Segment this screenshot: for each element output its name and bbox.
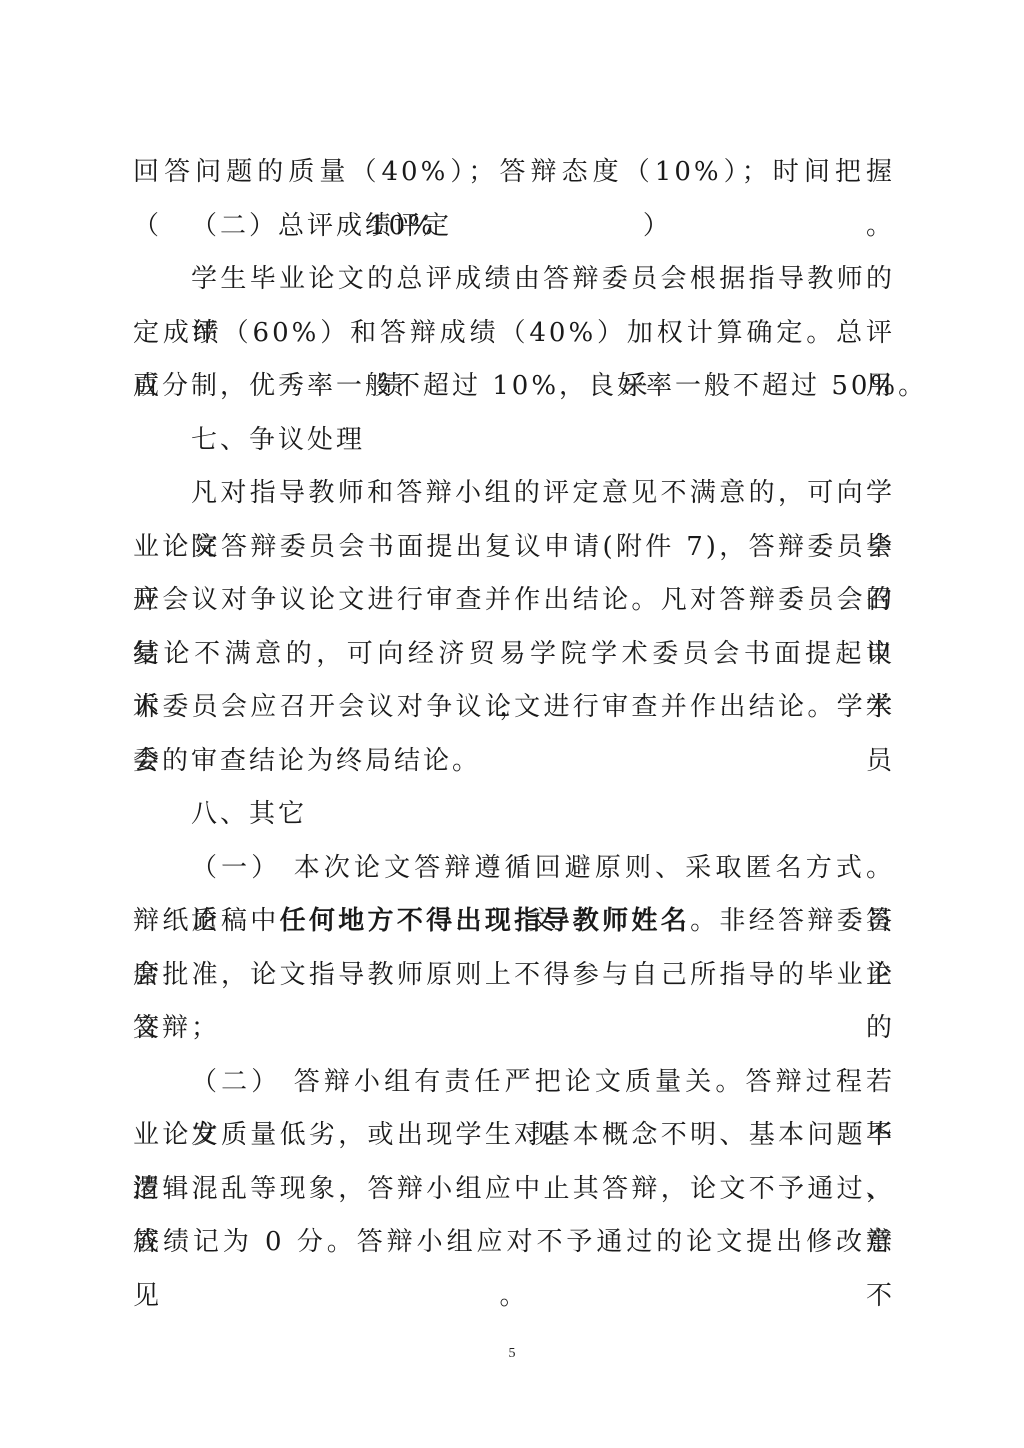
text-line: 术委员会应召开会议对争议论文进行审查并作出结论。学术委员	[133, 681, 895, 735]
text-line: 百分制，优秀率一般不超过 10%，良好率一般不超过 50%。	[133, 360, 895, 414]
text-line: 凡对指导教师和答辩小组的评定意见不满意的，可向学院毕	[133, 467, 895, 521]
text-line: 成绩记为 0 分。答辩小组应对不予通过的论文提出修改意见。不	[133, 1216, 895, 1270]
section-heading-other: 八、其它	[133, 788, 895, 842]
text-line: 开会议对争议论文进行审查并作出结论。凡对答辩委员会的复议	[133, 574, 895, 628]
document-page: 回答问题的质量（40%）；答辩态度（10%）；时间把握（10%）。 （二）总评成…	[133, 146, 895, 1270]
text-line: 逻辑混乱等现象，答辩小组应中止其答辩，论文不予通过，答辩	[133, 1163, 895, 1217]
section-heading-dispute: 七、争议处理	[133, 414, 895, 468]
text-line: 结论不满意的，可向经济贸易学院学术委员会书面提起申诉，学	[133, 628, 895, 682]
text-line: 学生毕业论文的总评成绩由答辩委员会根据指导教师的评	[133, 253, 895, 307]
text-line: （二） 答辩小组有责任严把论文质量关。答辩过程若发现毕	[133, 1056, 895, 1110]
text-line: 席批准，论文指导教师原则上不得参与自己所指导的毕业论文的	[133, 949, 895, 1003]
text-line: 业论文答辩委员会书面提出复议申请(附件 7)，答辩委员会应召	[133, 521, 895, 575]
text-line: （一） 本次论文答辩遵循回避原则、采取匿名方式。论文答	[133, 842, 895, 896]
text-line: 定成绩（60%）和答辩成绩（40%）加权计算确定。总评成绩采用	[133, 307, 895, 361]
emphasized-text: 任何地方不得出现指导教师姓名	[280, 906, 690, 936]
page-number: 5	[0, 1346, 1024, 1362]
text-line: 业论文质量低劣，或出现学生对基本概念不明、基本问题不清、	[133, 1109, 895, 1163]
text-line-with-emphasis: 辩纸质稿中任何地方不得出现指导教师姓名。非经答辩委员会主	[133, 895, 895, 949]
text-segment: 辩纸质稿中	[133, 906, 280, 936]
text-line: 回答问题的质量（40%）；答辩态度（10%）；时间把握（10%）。	[133, 146, 895, 200]
